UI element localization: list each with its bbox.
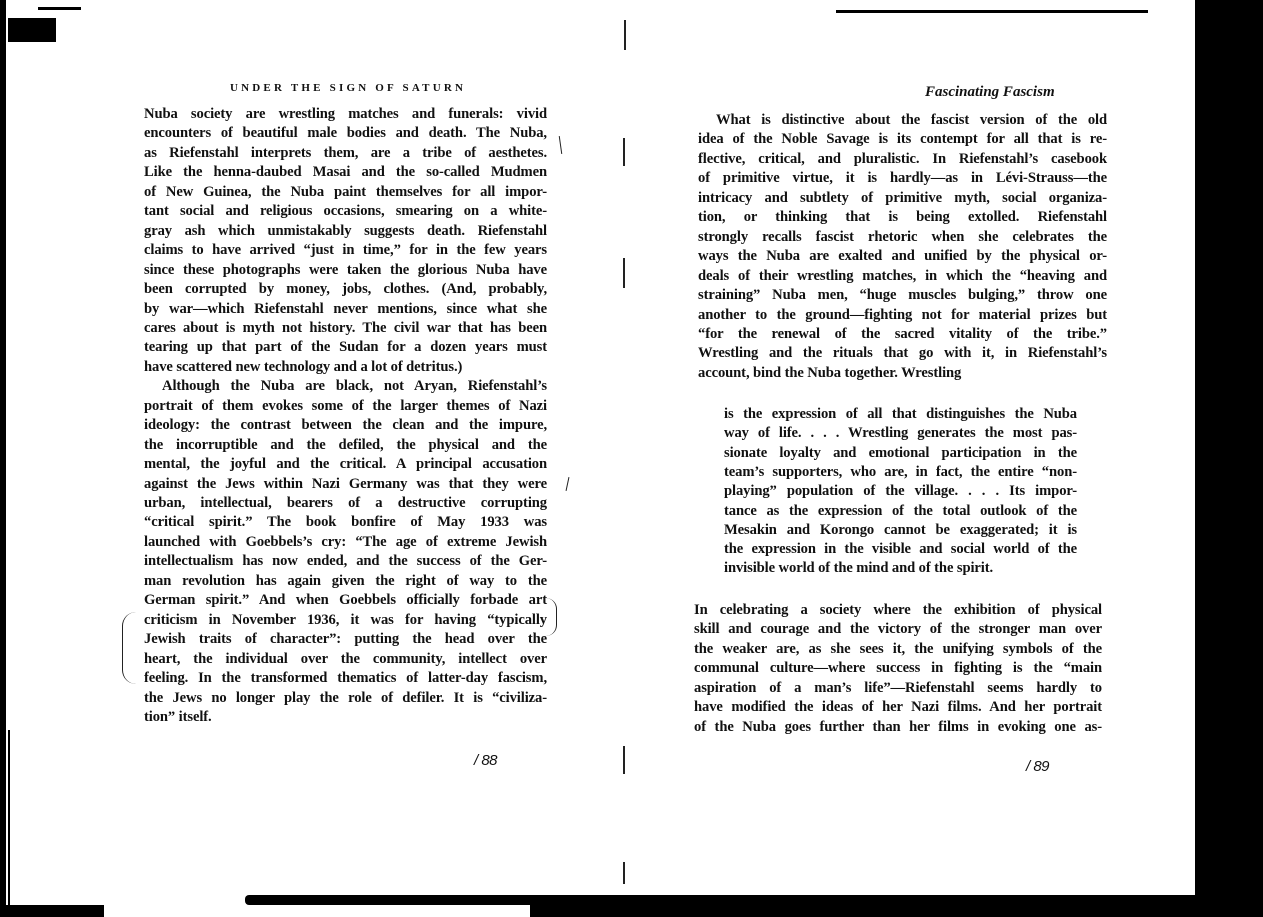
text-line: tion, or thinking that is being extolled… bbox=[698, 208, 1107, 227]
text-line: strongly recalls fascist rhetoric when s… bbox=[698, 228, 1107, 247]
text-line: intricacy and subtlety of primitive myth… bbox=[698, 189, 1107, 208]
text-line: is the expression of all that distinguis… bbox=[724, 405, 1077, 424]
text-line: account, bind the Nuba together. Wrestli… bbox=[698, 364, 1107, 383]
text-line: straining” Nuba men, “huge muscles bulgi… bbox=[698, 286, 1107, 305]
text-line: playing” population of the village. . . … bbox=[724, 482, 1077, 501]
text-line: sionate loyalty and emotional participat… bbox=[724, 444, 1077, 463]
page-number: / 89 bbox=[1026, 758, 1049, 775]
text-line: idea of the Noble Savage is its contempt… bbox=[698, 130, 1107, 149]
text-line: aspiration of a man’s life”—Riefenstahl … bbox=[694, 679, 1102, 698]
right-page: Fascinating Fascism What is distinctive … bbox=[0, 0, 1263, 917]
text-line: skill and courage and the victory of the… bbox=[694, 620, 1102, 639]
text-line: team’s supporters, who are, in fact, the… bbox=[724, 463, 1077, 482]
text-line: another to the ground—fighting not for m… bbox=[698, 306, 1107, 325]
text-line: What is distinctive about the fascist ve… bbox=[716, 111, 1107, 130]
text-line: way of life. . . . Wrestling generates t… bbox=[724, 424, 1077, 443]
text-line: deals of their wrestling matches, in whi… bbox=[698, 267, 1107, 286]
text-line: Wrestling and the rituals that go with i… bbox=[698, 344, 1107, 363]
text-line: the expression in the visible and social… bbox=[724, 540, 1077, 559]
text-line: of the Nuba goes further than her films … bbox=[694, 718, 1102, 737]
text-line: ways the Nuba are exalted and unified by… bbox=[698, 247, 1107, 266]
running-head: Fascinating Fascism bbox=[925, 84, 1055, 101]
text-line: flective, critical, and pluralistic. In … bbox=[698, 150, 1107, 169]
text-line: the weaker are, as she sees it, the unif… bbox=[694, 640, 1102, 659]
text-line: invisible world of the mind and of the s… bbox=[724, 559, 1077, 578]
text-line: Mesakin and Korongo cannot be exaggerate… bbox=[724, 521, 1077, 540]
text-line: tance as the expression of the total out… bbox=[724, 502, 1077, 521]
text-line: communal culture—where success in fighti… bbox=[694, 659, 1102, 678]
text-line: have modified the ideas of her Nazi film… bbox=[694, 698, 1102, 717]
text-line: “for the renewal of the sacred vitality … bbox=[698, 325, 1107, 344]
text-line: of primitive virtue, it is hardly—as in … bbox=[698, 169, 1107, 188]
text-line: In celebrating a society where the exhib… bbox=[694, 601, 1102, 620]
